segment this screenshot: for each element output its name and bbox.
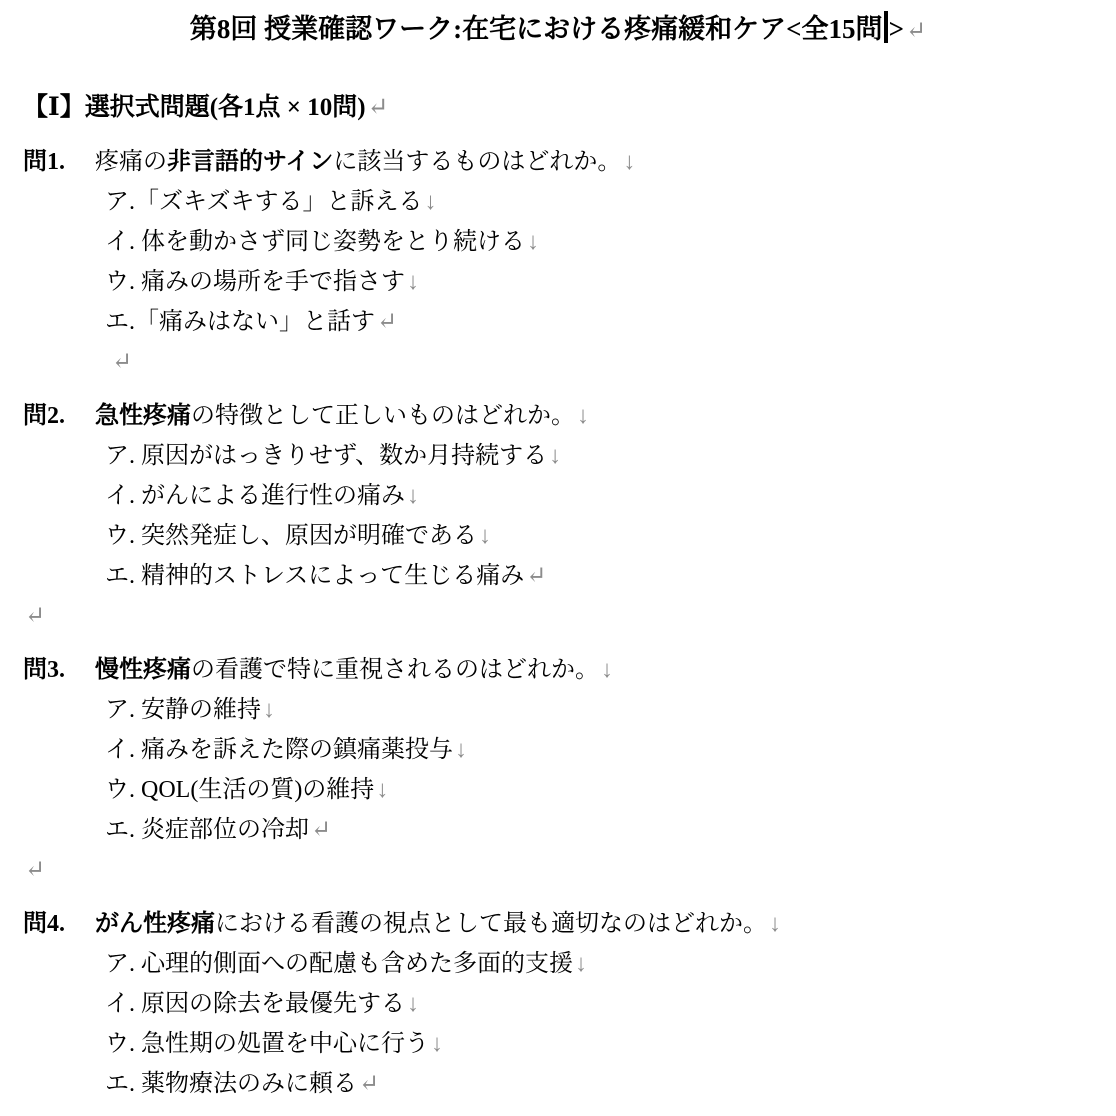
paragraph-mark: ↵: [23, 857, 45, 883]
title-text-after-cursor: >: [889, 14, 904, 44]
choice-line-u[interactable]: ウ. 急性期の処置を中心に行う↓: [105, 1024, 1116, 1064]
question-4-stem-line[interactable]: 問4. がん性疼痛における看護の視点として最も適切なのはどれか。↓: [0, 904, 1116, 944]
stem-bold-text: 慢性疼痛: [95, 657, 191, 683]
stem-bold-text: がん性疼痛: [95, 911, 215, 937]
question-2-stem-line[interactable]: 問2. 急性疼痛の特徴として正しいものはどれか。↓: [0, 396, 1116, 436]
question-stem: 疼痛の非言語的サインに該当するものはどれか。↓: [95, 142, 635, 182]
document-page[interactable]: 第8回 授業確認ワーク:在宅における疼痛緩和ケア<全15問>↵ 【Ⅰ】選択式問題…: [0, 0, 1116, 1116]
paragraph-mark: ↵: [23, 603, 45, 629]
question-1-stem-line[interactable]: 問1. 疼痛の非言語的サインに該当するものはどれか。↓: [0, 142, 1116, 182]
paragraph-mark: ↵: [366, 94, 389, 121]
choice-text: エ. 精神的ストレスによって生じる痛み: [105, 563, 524, 589]
choice-line-e[interactable]: エ. 薬物療法のみに頼る↵: [105, 1064, 1116, 1104]
line-break-mark: ↓: [453, 737, 467, 763]
choice-text: イ. がんによる進行性の痛み: [105, 483, 405, 509]
line-break-mark: ↓: [599, 657, 613, 683]
line-break-mark: ↓: [767, 911, 781, 937]
choice-line-u[interactable]: ウ. QOL(生活の質)の維持↓: [105, 770, 1116, 810]
choice-line-u[interactable]: ウ. 痛みの場所を手で指さす↓: [105, 262, 1116, 302]
choice-text: エ.「痛みはない」と話す: [105, 309, 375, 335]
text-cursor: [884, 11, 888, 43]
question-block-1: 問1. 疼痛の非言語的サインに該当するものはどれか。↓ ア.「ズキズキする」と訴…: [0, 142, 1116, 382]
stem-bold-text: 非言語的サイン: [167, 149, 333, 175]
empty-paragraph[interactable]: ↵: [110, 342, 1116, 382]
line-break-mark: ↓: [423, 189, 437, 215]
paragraph-mark: ↵: [524, 563, 546, 589]
question-3-stem-line[interactable]: 問3. 慢性疼痛の看護で特に重視されるのはどれか。↓: [0, 650, 1116, 690]
choice-text: ウ. 急性期の処置を中心に行う: [105, 1031, 429, 1057]
choice-line-a[interactable]: ア. 安静の維持↓: [105, 690, 1116, 730]
choice-text: イ. 痛みを訴えた際の鎮痛薬投与: [105, 737, 453, 763]
question-block-4: 問4. がん性疼痛における看護の視点として最も適切なのはどれか。↓ ア. 心理的…: [0, 904, 1116, 1104]
choice-text: ウ. QOL(生活の質)の維持: [105, 777, 374, 803]
question-label: 問1.: [23, 142, 95, 182]
choice-text: ウ. 痛みの場所を手で指さす: [105, 269, 405, 295]
choice-text: エ. 炎症部位の冷却: [105, 817, 309, 843]
stem-text: に該当するものはどれか。: [333, 149, 621, 175]
line-break-mark: ↓: [477, 523, 491, 549]
paragraph-mark: ↵: [110, 349, 132, 375]
empty-paragraph[interactable]: ↵: [23, 596, 1116, 636]
choice-line-e[interactable]: エ. 炎症部位の冷却↵: [105, 810, 1116, 850]
choice-text: ア. 原因がはっきりせず、数か月持続する: [105, 443, 547, 469]
choice-text: ア. 心理的側面への配慮も含めた多面的支援: [105, 951, 573, 977]
question-label: 問2.: [23, 396, 95, 436]
choice-line-e[interactable]: エ.「痛みはない」と話す↵: [105, 302, 1116, 342]
paragraph-mark: ↵: [904, 18, 926, 44]
line-break-mark: ↓: [573, 951, 587, 977]
line-break-mark: ↓: [261, 697, 275, 723]
question-stem: 慢性疼痛の看護で特に重視されるのはどれか。↓: [95, 650, 613, 690]
choice-text: ア.「ズキズキする」と訴える: [105, 189, 423, 215]
stem-bold-text: 急性疼痛: [95, 403, 191, 429]
document-title-line[interactable]: 第8回 授業確認ワーク:在宅における疼痛緩和ケア<全15問>↵: [0, 0, 1116, 54]
line-break-mark: ↓: [547, 443, 561, 469]
section-header-text: 【Ⅰ】選択式問題(各1点 × 10問): [23, 94, 366, 121]
paragraph-mark: ↵: [357, 1071, 379, 1097]
question-block-3: 問3. 慢性疼痛の看護で特に重視されるのはどれか。↓ ア. 安静の維持↓ イ. …: [0, 650, 1116, 890]
line-break-mark: ↓: [429, 1031, 443, 1057]
title-text: 第8回 授業確認ワーク:在宅における疼痛緩和ケア<全15問: [190, 14, 883, 44]
choice-text: イ. 原因の除去を最優先する: [105, 991, 405, 1017]
line-break-mark: ↓: [405, 269, 419, 295]
choice-line-a[interactable]: ア. 原因がはっきりせず、数か月持続する↓: [105, 436, 1116, 476]
stem-text: における看護の視点として最も適切なのはどれか。: [215, 911, 767, 937]
choice-line-a[interactable]: ア.「ズキズキする」と訴える↓: [105, 182, 1116, 222]
line-break-mark: ↓: [405, 991, 419, 1017]
line-break-mark: ↓: [374, 777, 388, 803]
section-header[interactable]: 【Ⅰ】選択式問題(各1点 × 10問)↵: [23, 88, 1116, 128]
choice-line-i[interactable]: イ. がんによる進行性の痛み↓: [105, 476, 1116, 516]
stem-text: の看護で特に重視されるのはどれか。: [191, 657, 599, 683]
choice-line-i[interactable]: イ. 体を動かさず同じ姿勢をとり続ける↓: [105, 222, 1116, 262]
choice-text: エ. 薬物療法のみに頼る: [105, 1071, 357, 1097]
empty-paragraph[interactable]: ↵: [23, 850, 1116, 890]
question-label: 問3.: [23, 650, 95, 690]
stem-text: 疼痛の: [95, 149, 167, 175]
question-label: 問4.: [23, 904, 95, 944]
line-break-mark: ↓: [621, 149, 635, 175]
line-break-mark: ↓: [525, 229, 539, 255]
paragraph-mark: ↵: [309, 817, 331, 843]
choice-line-a[interactable]: ア. 心理的側面への配慮も含めた多面的支援↓: [105, 944, 1116, 984]
question-stem: がん性疼痛における看護の視点として最も適切なのはどれか。↓: [95, 904, 781, 944]
paragraph-mark: ↵: [375, 309, 397, 335]
choice-line-u[interactable]: ウ. 突然発症し、原因が明確である↓: [105, 516, 1116, 556]
choice-line-i[interactable]: イ. 痛みを訴えた際の鎮痛薬投与↓: [105, 730, 1116, 770]
choice-text: ウ. 突然発症し、原因が明確である: [105, 523, 477, 549]
choice-line-i[interactable]: イ. 原因の除去を最優先する↓: [105, 984, 1116, 1024]
line-break-mark: ↓: [575, 403, 589, 429]
choice-line-e[interactable]: エ. 精神的ストレスによって生じる痛み↵: [105, 556, 1116, 596]
question-block-2: 問2. 急性疼痛の特徴として正しいものはどれか。↓ ア. 原因がはっきりせず、数…: [0, 396, 1116, 636]
stem-text: の特徴として正しいものはどれか。: [191, 403, 575, 429]
choice-text: ア. 安静の維持: [105, 697, 261, 723]
question-stem: 急性疼痛の特徴として正しいものはどれか。↓: [95, 396, 589, 436]
line-break-mark: ↓: [405, 483, 419, 509]
choice-text: イ. 体を動かさず同じ姿勢をとり続ける: [105, 229, 525, 255]
